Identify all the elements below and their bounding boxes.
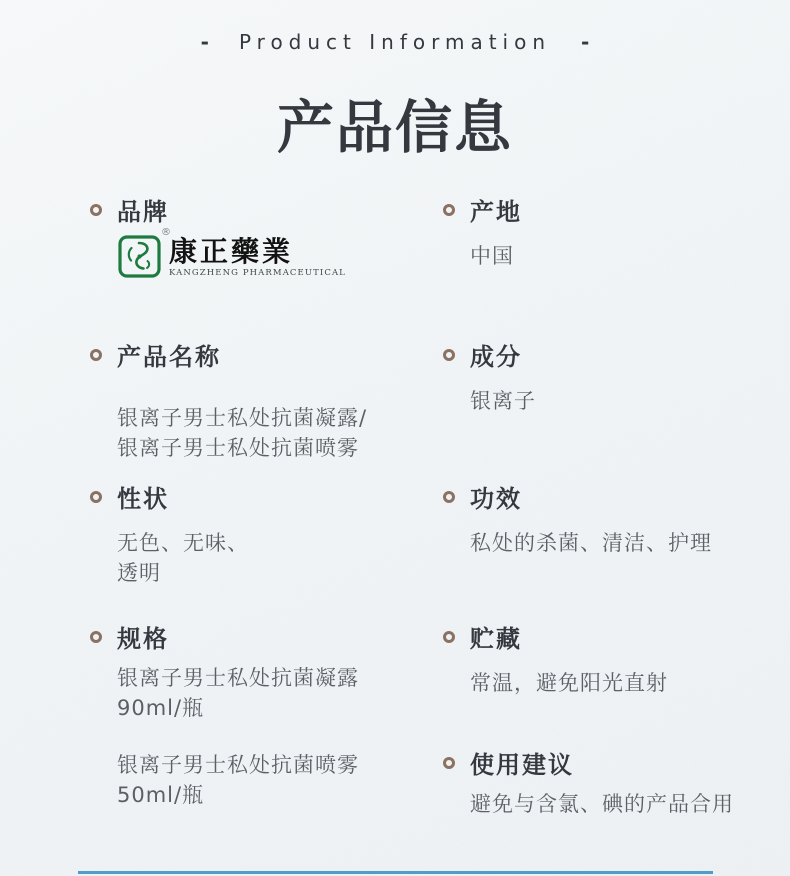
bottom-divider — [78, 871, 713, 874]
bullet-icon — [90, 491, 102, 503]
section-efficacy: 功效 私处的杀菌、清洁、护理 — [443, 479, 773, 558]
product-info-page: - Product Information - 产品信息 品牌 ® 康正藥業 — [0, 0, 790, 876]
section-spec: 规格 银离子男士私处抗菌凝露 90ml/瓶 银离子男士私处抗菌喷雾 50ml/瓶 — [90, 619, 420, 810]
section-brand-header: 品牌 — [90, 192, 420, 227]
section-title-storage: 贮藏 — [470, 619, 522, 654]
ingredients-value: 银离子 — [470, 386, 773, 416]
bullet-icon — [443, 631, 455, 643]
bullet-icon — [90, 349, 102, 361]
spec-item: 银离子男士私处抗菌喷雾 50ml/瓶 — [117, 750, 420, 810]
section-title-brand: 品牌 — [117, 192, 169, 227]
section-usage-advice: 使用建议 避免与含氯、碘的产品合用 — [443, 745, 773, 819]
section-usage-advice-header: 使用建议 — [443, 745, 773, 780]
bullet-icon — [443, 349, 455, 361]
section-storage-header: 贮藏 — [443, 619, 773, 654]
brand-logo: ® 康正藥業 KANGZHENG PHARMACEUTICAL — [118, 235, 420, 278]
section-title-product-name: 产品名称 — [117, 337, 221, 372]
spec-item: 银离子男士私处抗菌凝露 90ml/瓶 — [117, 663, 420, 723]
product-name-value: 银离子男士私处抗菌凝露/ 银离子男士私处抗菌喷雾 — [117, 403, 420, 463]
section-title-properties: 性状 — [117, 479, 169, 514]
section-origin: 产地 中国 — [443, 192, 773, 271]
section-properties-header: 性状 — [90, 479, 420, 514]
section-efficacy-header: 功效 — [443, 479, 773, 514]
brand-name-chinese: 康正藥業 — [169, 237, 346, 267]
bullet-icon — [90, 631, 102, 643]
section-product-name: 产品名称 银离子男士私处抗菌凝露/ 银离子男士私处抗菌喷雾 — [90, 337, 420, 463]
bullet-icon — [90, 204, 102, 216]
section-title-ingredients: 成分 — [470, 337, 522, 372]
page-title: 产品信息 — [0, 82, 790, 164]
registered-trademark: ® — [161, 227, 171, 238]
storage-value: 常温，避免阳光直射 — [470, 668, 773, 698]
properties-value: 无色、无味、 透明 — [117, 528, 420, 588]
brand-seal-icon: ® — [118, 235, 161, 278]
section-title-usage-advice: 使用建议 — [470, 745, 574, 780]
efficacy-value: 私处的杀菌、清洁、护理 — [470, 528, 773, 558]
english-subtitle-text: Product Information — [239, 30, 551, 54]
bullet-icon — [443, 204, 455, 216]
brand-name-english: KANGZHENG PHARMACEUTICAL — [169, 268, 346, 278]
section-ingredients-header: 成分 — [443, 337, 773, 372]
bullet-icon — [443, 757, 455, 769]
right-dash: - — [581, 30, 589, 54]
section-product-name-header: 产品名称 — [90, 337, 420, 372]
origin-value: 中国 — [470, 241, 773, 271]
brand-name: 康正藥業 KANGZHENG PHARMACEUTICAL — [169, 235, 346, 278]
section-origin-header: 产地 — [443, 192, 773, 227]
section-properties: 性状 无色、无味、 透明 — [90, 479, 420, 588]
section-brand: 品牌 ® 康正藥業 KANGZHENG PHARMACEUTICAL — [90, 192, 420, 278]
section-title-origin: 产地 — [470, 192, 522, 227]
spec-values: 银离子男士私处抗菌凝露 90ml/瓶 银离子男士私处抗菌喷雾 50ml/瓶 — [117, 663, 420, 810]
section-ingredients: 成分 银离子 — [443, 337, 773, 416]
usage-advice-value: 避免与含氯、碘的产品合用 — [470, 789, 773, 819]
section-title-efficacy: 功效 — [470, 479, 522, 514]
section-storage: 贮藏 常温，避免阳光直射 — [443, 619, 773, 698]
section-spec-header: 规格 — [90, 619, 420, 654]
bullet-icon — [443, 491, 455, 503]
left-dash: - — [201, 30, 209, 54]
section-title-spec: 规格 — [117, 619, 169, 654]
english-subtitle: - Product Information - — [0, 30, 790, 54]
